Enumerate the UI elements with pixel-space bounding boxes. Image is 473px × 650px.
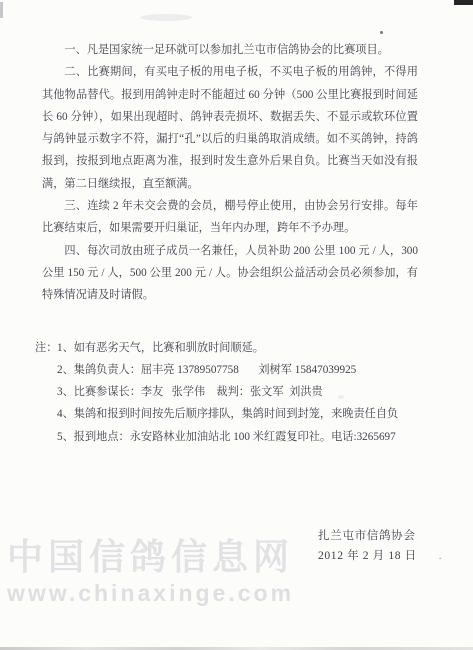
signature-block: 扎兰屯市信鸽协会 2012 年 2 月 18 日 . — [318, 526, 442, 566]
scan-artifact-top-right — [454, 0, 473, 5]
scanned-document-page: 一、凡是国家统一足环就可以参加扎兰屯市信鸽协会的比赛项目。 二、比赛期间，有买电… — [0, 0, 473, 650]
scan-speck — [380, 31, 383, 34]
paragraph-rule-1: 一、凡是国家统一足环就可以参加扎兰屯市信鸽协会的比赛项目。 — [42, 39, 418, 61]
notes-section: 注： 1、如有恶劣天气，比赛和驯放时间顺延。 2、集鸽负责人：屈丰亮 13789… — [35, 337, 418, 448]
note-item-5: 5、报到地点：永安路林业加油站北 100 米红霞复印社。电话:3265697 — [57, 426, 418, 448]
document-body: 一、凡是国家统一足环就可以参加扎兰屯市信鸽协会的比赛项目。 二、比赛期间，有买电… — [42, 39, 418, 448]
note-item-2: 2、集鸽负责人：屈丰亮 13789507758 刘树军 15847039925 — [57, 359, 418, 381]
scan-artifact-top-left — [0, 2, 3, 18]
note-item-4: 4、集鸽和报到时间按先后顺序排队，集鸽时间到封笼，来晚责任自负 — [57, 403, 418, 425]
watermark: 中国信鸽信息网 www.chinaxinge.com — [7, 537, 294, 606]
watermark-site-name: 中国信鸽信息网 — [7, 537, 294, 577]
paragraph-rule-3: 三、连续 2 年未交会费的会员，棚号停止使用，由协会另行安排。每年比赛结束后，如… — [42, 195, 418, 240]
notes-list: 1、如有恶劣天气，比赛和驯放时间顺延。 2、集鸽负责人：屈丰亮 13789507… — [57, 337, 418, 448]
note-item-3: 3、比赛参谋长：李友 张学伟 裁判：张文军 刘洪贵 — [57, 381, 418, 403]
notes-label: 注： — [35, 337, 57, 448]
signature-date: 2012 年 2 月 18 日 — [318, 546, 417, 566]
paragraph-rule-2: 二、比赛期间，有买电子板的用电子板，不买电子板的用鸽钟，不得用其他物品替代。报到… — [42, 61, 418, 195]
watermark-url: www.chinaxinge.com — [7, 581, 294, 606]
scan-smudge — [140, 14, 192, 21]
signature-org: 扎兰屯市信鸽协会 — [318, 526, 442, 546]
note-item-1: 1、如有恶劣天气，比赛和驯放时间顺延。 — [57, 337, 418, 359]
signature-date-row: 2012 年 2 月 18 日 . — [318, 546, 442, 567]
scan-dot-artifact: . — [439, 547, 442, 567]
paragraph-rule-4: 四、每次司放由班子成员一名兼任，人员补助 200 公里 100 元 / 人，30… — [42, 240, 418, 307]
